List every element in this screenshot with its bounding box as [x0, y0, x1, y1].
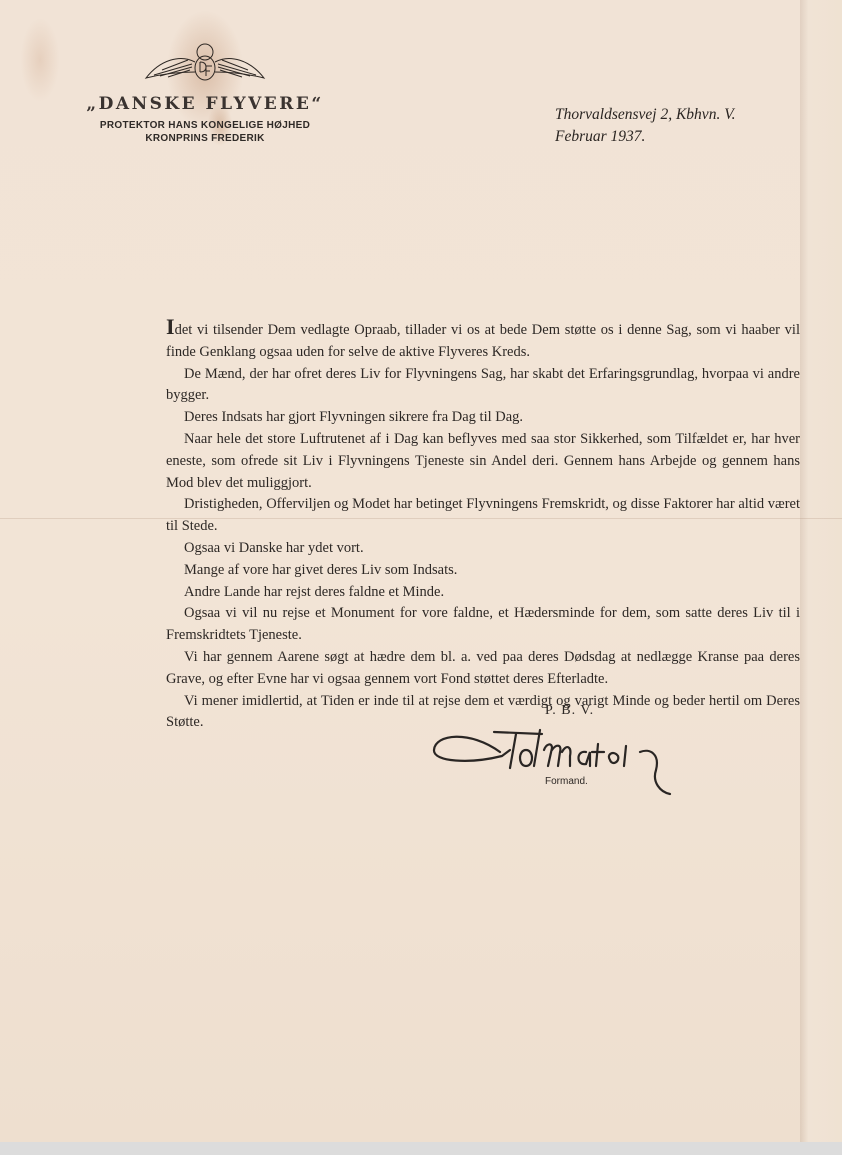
letter-body: Idet vi tilsender Dem vedlagte Opraab, t… — [166, 320, 800, 734]
address: Thorvaldsensvej 2, Kbhvn. V. — [555, 104, 736, 126]
paragraph-4: Naar hele det store Luftrutenet af i Dag… — [166, 429, 800, 494]
paragraph-8: Andre Lande har rejst deres faldne et Mi… — [166, 582, 800, 604]
letter-page: „DANSKE FLYVERE“ PROTEKTOR HANS KONGELIG… — [0, 0, 842, 1142]
paragraph-1: Idet vi tilsender Dem vedlagte Opraab, t… — [166, 320, 800, 364]
protector-line-2: KRONPRINS FREDERIK — [60, 132, 350, 145]
drop-cap: I — [166, 314, 175, 339]
signatory-title: Formand. — [545, 776, 588, 787]
signature-icon — [430, 720, 700, 800]
address-block: Thorvaldsensvej 2, Kbhvn. V. Februar 193… — [555, 104, 736, 148]
winged-emblem-icon — [140, 40, 270, 86]
paragraph-10: Vi har gennem Aarene søgt at hædre dem b… — [166, 647, 800, 691]
paragraph-9: Ogsaa vi vil nu rejse et Monument for vo… — [166, 603, 800, 647]
letterhead: „DANSKE FLYVERE“ PROTEKTOR HANS KONGELIG… — [60, 40, 350, 145]
paragraph-5: Dristigheden, Offerviljen og Modet har b… — [166, 494, 800, 538]
paragraph-6: Ogsaa vi Danske har ydet vort. — [166, 538, 800, 560]
page-edge — [800, 0, 842, 1142]
org-name: „DANSKE FLYVERE“ — [60, 94, 350, 114]
protector-line-1: PROTEKTOR HANS KONGELIGE HØJHED — [60, 119, 350, 132]
date: Februar 1937. — [555, 126, 736, 148]
pbv-label: P. B. V. — [545, 703, 594, 719]
paragraph-7: Mange af vore har givet deres Liv som In… — [166, 560, 800, 582]
paragraph-3: Deres Indsats har gjort Flyvningen sikre… — [166, 407, 800, 429]
paragraph-2: De Mænd, der har ofret deres Liv for Fly… — [166, 364, 800, 408]
